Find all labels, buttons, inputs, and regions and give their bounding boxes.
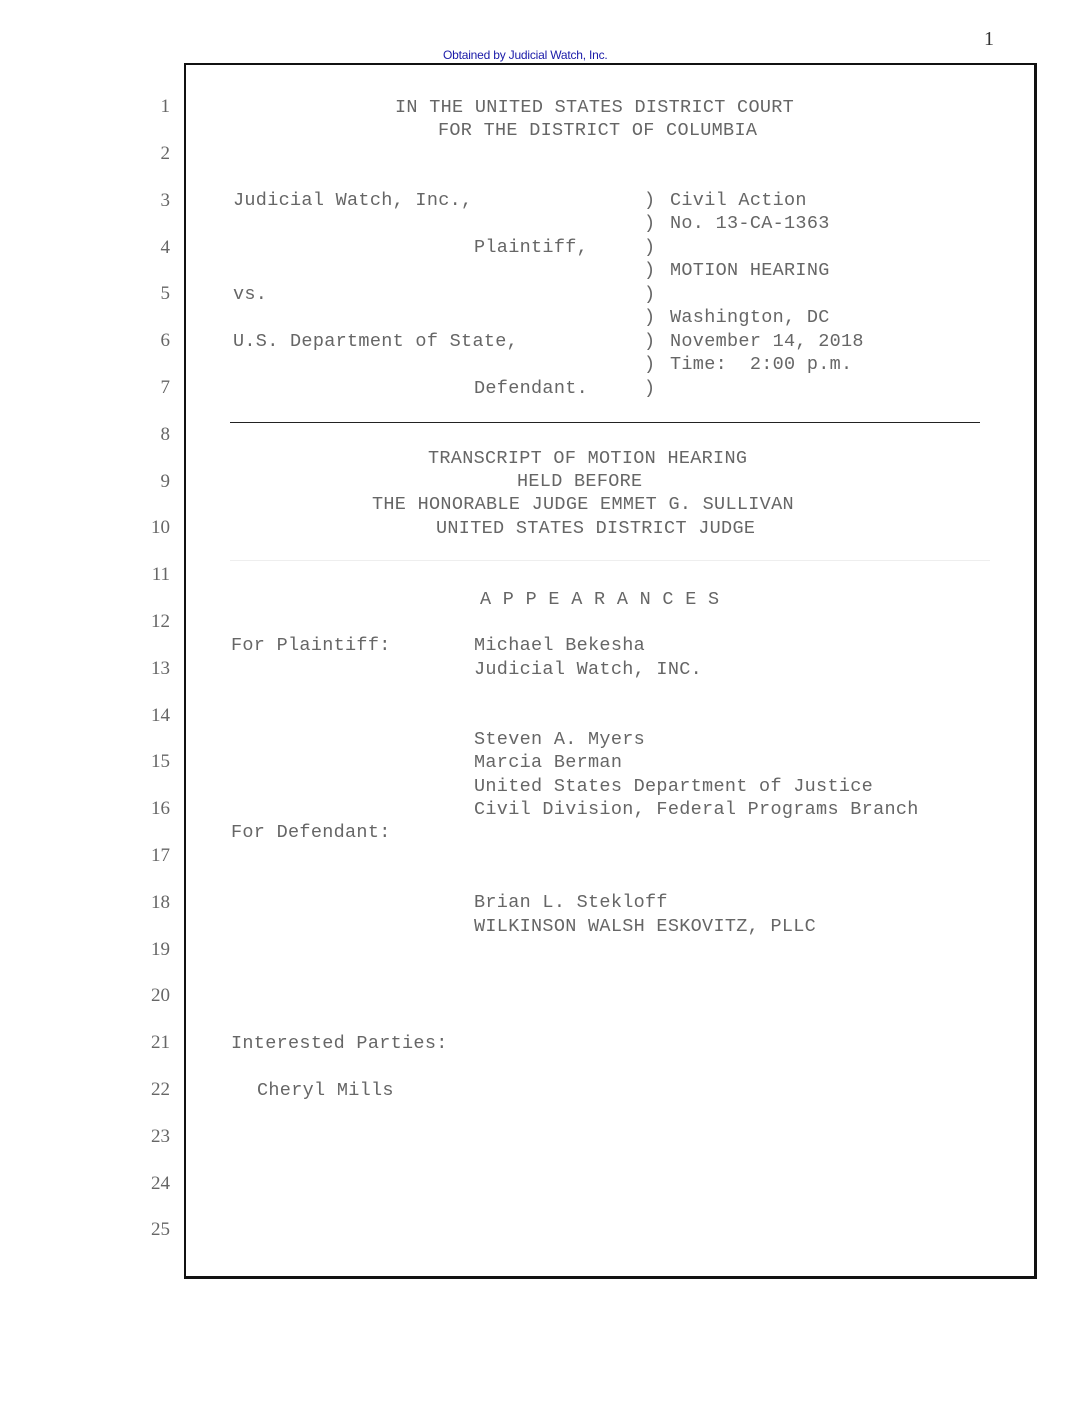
case-number: No. 13-CA-1363 xyxy=(670,213,830,234)
line-number: 5 xyxy=(130,283,170,305)
court-name: IN THE UNITED STATES DISTRICT COURT xyxy=(395,97,794,118)
court-district: FOR THE DISTRICT OF COLUMBIA xyxy=(438,120,757,141)
defendant-role: Defendant. xyxy=(474,378,588,399)
line-number: 11 xyxy=(130,564,170,586)
appearances-heading: A P P E A R A N C E S xyxy=(480,589,719,610)
line-number: 6 xyxy=(130,330,170,352)
proceeding-type: MOTION HEARING xyxy=(670,260,830,281)
line-number: 23 xyxy=(130,1126,170,1148)
caption-paren: ) xyxy=(644,354,655,375)
line-number: 1 xyxy=(130,96,170,118)
plaintiff-label: For Plaintiff: xyxy=(231,635,391,656)
line-number: 24 xyxy=(130,1173,170,1195)
plaintiff-name: Judicial Watch, Inc., xyxy=(233,190,472,211)
watermark: Obtained by Judicial Watch, Inc. xyxy=(443,48,608,62)
line-number: 7 xyxy=(130,377,170,399)
plaintiff-counsel: Michael Bekesha xyxy=(474,635,645,656)
caption-paren: ) xyxy=(644,307,655,328)
judge-title: UNITED STATES DISTRICT JUDGE xyxy=(436,518,755,539)
line-number: 15 xyxy=(130,751,170,773)
caption-paren: ) xyxy=(644,237,655,258)
line-number: 2 xyxy=(130,143,170,165)
faint-divider xyxy=(230,560,990,561)
interested-party: Cheryl Mills xyxy=(257,1080,394,1101)
line-number: 10 xyxy=(130,517,170,539)
line-number: 14 xyxy=(130,705,170,727)
versus: vs. xyxy=(233,284,267,305)
line-number: 9 xyxy=(130,471,170,493)
defendant-firm: WILKINSON WALSH ESKOVITZ, PLLC xyxy=(474,916,816,937)
caption-paren: ) xyxy=(644,378,655,399)
line-number: 3 xyxy=(130,190,170,212)
caption-paren: ) xyxy=(644,331,655,352)
caption-paren: ) xyxy=(644,213,655,234)
caption-paren: ) xyxy=(644,190,655,211)
transcript-title: TRANSCRIPT OF MOTION HEARING xyxy=(428,448,747,469)
defendant-label: For Defendant: xyxy=(231,822,391,843)
caption-paren: ) xyxy=(644,260,655,281)
line-number: 22 xyxy=(130,1079,170,1101)
line-number: 21 xyxy=(130,1032,170,1054)
line-number: 4 xyxy=(130,237,170,259)
judge-name: THE HONORABLE JUDGE EMMET G. SULLIVAN xyxy=(372,494,794,515)
page-number: 1 xyxy=(984,28,994,51)
defendant-agency: United States Department of Justice xyxy=(474,776,873,797)
line-number: 17 xyxy=(130,845,170,867)
line-number: 20 xyxy=(130,985,170,1007)
defendant-counsel: Marcia Berman xyxy=(474,752,622,773)
time: Time: 2:00 p.m. xyxy=(670,354,852,375)
defendant-name: U.S. Department of State, xyxy=(233,331,518,352)
case-type: Civil Action xyxy=(670,190,807,211)
date: November 14, 2018 xyxy=(670,331,864,352)
line-number: 19 xyxy=(130,939,170,961)
caption-divider xyxy=(230,422,980,423)
plaintiff-firm: Judicial Watch, INC. xyxy=(474,659,702,680)
line-number: 25 xyxy=(130,1219,170,1241)
defendant-division: Civil Division, Federal Programs Branch xyxy=(474,799,919,820)
line-number: 18 xyxy=(130,892,170,914)
interested-parties-label: Interested Parties: xyxy=(231,1033,448,1054)
location: Washington, DC xyxy=(670,307,830,328)
plaintiff-role: Plaintiff, xyxy=(474,237,588,258)
caption-paren: ) xyxy=(644,284,655,305)
transcript-held-before: HELD BEFORE xyxy=(517,471,642,492)
defendant-counsel: Brian L. Stekloff xyxy=(474,892,668,913)
defendant-counsel: Steven A. Myers xyxy=(474,729,645,750)
line-number: 16 xyxy=(130,798,170,820)
line-number: 8 xyxy=(130,424,170,446)
line-number: 13 xyxy=(130,658,170,680)
line-number: 12 xyxy=(130,611,170,633)
